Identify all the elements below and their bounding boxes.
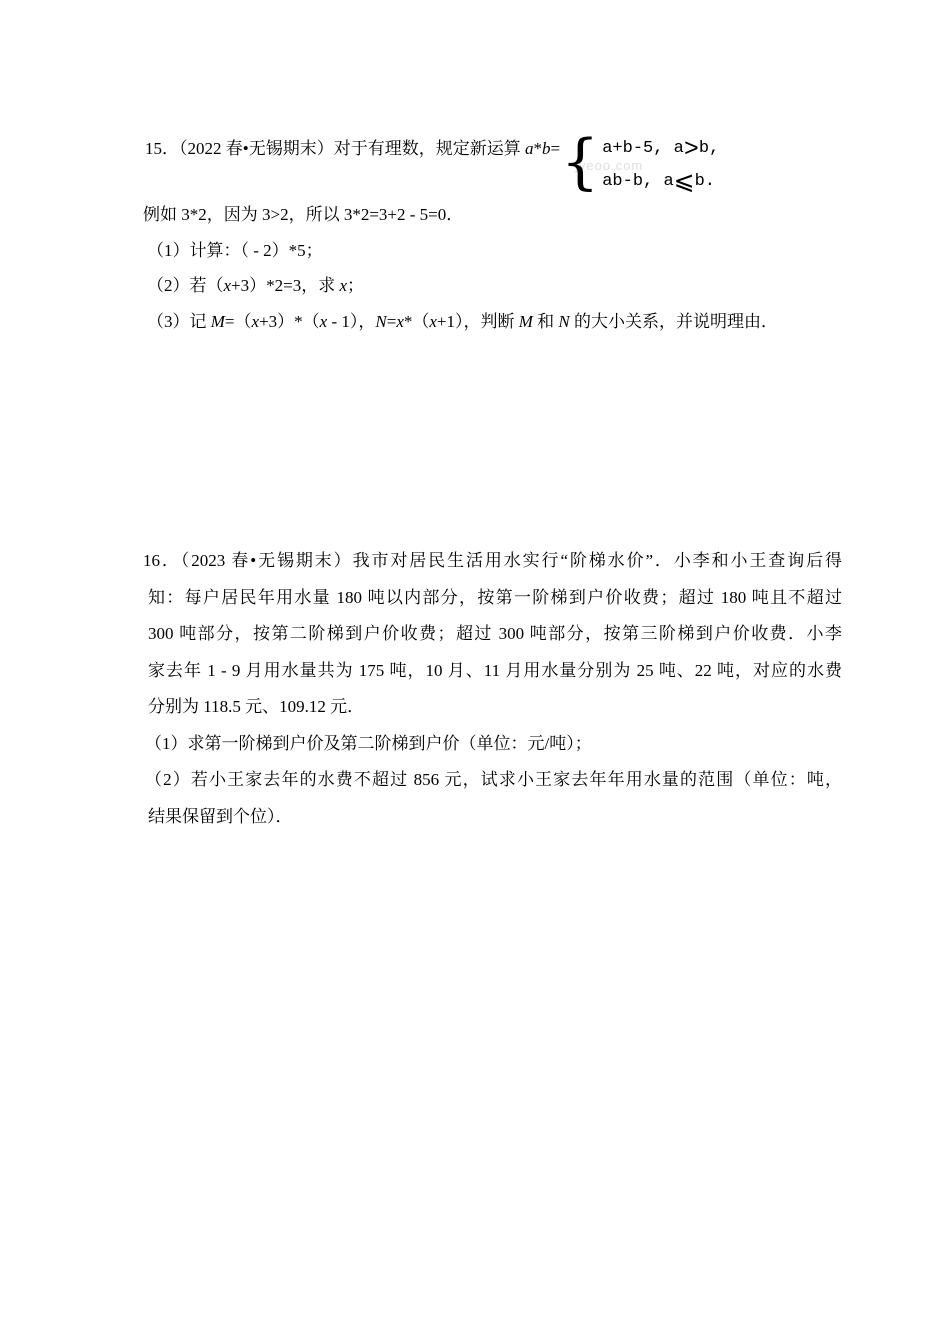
problem-16-line-3: 300 吨部分，按第二阶梯到户价收费；超过 300 吨部分，按第三阶梯到户价收费… [148,622,842,646]
problem-16-item-2-cont: 结果保留到个位）． [148,805,293,829]
problem-16-line-1: 16．（2023 春•无锡期末）我市对居民生活用水实行“阶梯水价”．小李和小王查… [143,549,842,573]
problem-15-item-1: （1）计算：（ - 2）*5； [147,239,323,263]
piecewise-brace: { [561,129,599,195]
problem-15-item-2: （2）若（x+3）*2=3，求 x； [147,274,364,298]
piecewise-case-2: ab-b, a⩽b. [602,165,719,198]
document-page: jyeoo.com 15．（2022 春•无锡期末）对于有理数，规定新运算 a*… [0,0,950,1344]
problem-16-line-4: 家去年 1 - 9 月用水量共为 175 吨，10 月、11 月用水量分别为 2… [148,659,842,683]
problem-15-example: 例如 3*2，因为 3>2，所以 3*2=3+2 - 5=0． [143,203,463,227]
piecewise-cases: a+b-5, a>b, ab-b, a⩽b. [602,129,719,198]
problem-16-item-1: （1）求第一阶梯到户价及第二阶梯到户价（单位：元/吨）； [145,732,592,756]
problem-15-intro-text: 15．（2022 春•无锡期末）对于有理数，规定新运算 a*b= [145,129,560,161]
piecewise-case-1: a+b-5, a>b, [602,132,719,165]
problem-15-item-3: （3）记 M=（x+3）*（x - 1），N=x*（x+1），判断 M 和 N … [147,310,778,334]
problem-16-line-5: 分别为 118.5 元、109.12 元． [148,695,364,719]
problem-15-intro-line: 15．（2022 春•无锡期末）对于有理数，规定新运算 a*b= { a+b-5… [145,129,719,198]
problem-16-line-2: 知：每户居民年用水量 180 吨以内部分，按第一阶梯到户价收费；超过 180 吨… [148,586,842,610]
problem-16-item-2: （2）若小王家去年的水费不超过 856 元，试求小王家去年年用水量的范围（单位：… [145,768,842,792]
